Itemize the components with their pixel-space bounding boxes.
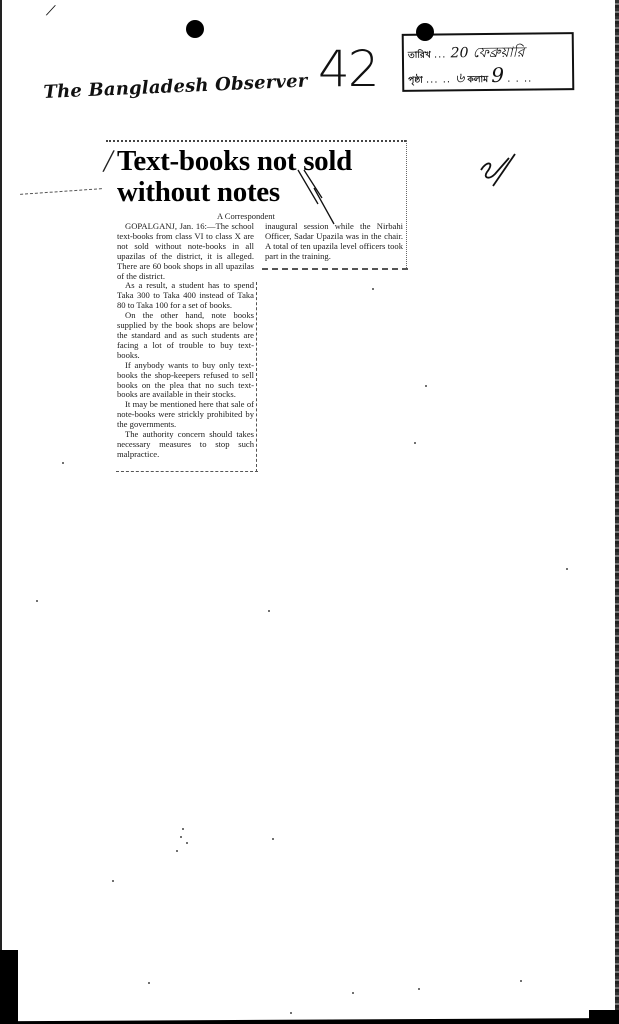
scan-bottom-edge <box>0 1018 619 1024</box>
punch-hole <box>416 23 434 41</box>
punch-hole <box>186 20 204 38</box>
newspaper-masthead: The Bangladesh Observer <box>43 70 308 103</box>
signature-check-icon <box>475 150 535 200</box>
speckle <box>425 385 427 387</box>
article-byline: A Correspondent <box>217 211 275 221</box>
scan-corner-shadow-right <box>589 1010 619 1024</box>
scan-right-edge <box>615 0 619 1024</box>
article-headline: Text-books not sold without notes <box>117 146 407 208</box>
article-paragraph: On the other hand, note books supplied b… <box>117 311 254 361</box>
clipping-border-lower <box>262 268 408 270</box>
stamp-page-row: পৃষ্ঠা ... .. ৬ কলাম 9 . . .. <box>408 63 532 91</box>
clipping-border-bottom <box>116 471 258 472</box>
article-column-2: inaugural session while the Nirbahi Offi… <box>265 222 403 262</box>
stamp-dots: ... .. <box>426 74 455 85</box>
speckle <box>520 980 522 982</box>
headline-line-2: without notes <box>117 177 407 208</box>
speckle <box>148 982 150 984</box>
clipping-cut-line <box>20 188 102 195</box>
speckle <box>36 600 38 602</box>
stamp-page-value: ৬ <box>455 70 464 86</box>
speckle <box>372 288 374 290</box>
article-paragraph: inaugural session while the Nirbahi Offi… <box>265 222 403 262</box>
speckle <box>176 850 178 852</box>
stamp-page-label: পৃষ্ঠা <box>408 76 423 86</box>
speckle <box>352 992 354 994</box>
scan-corner-shadow <box>0 950 18 1024</box>
speckle <box>418 988 420 990</box>
stamp-dots: ... <box>434 49 451 60</box>
speckle <box>186 842 188 844</box>
speckle <box>566 568 568 570</box>
clipping-border-top <box>106 140 406 143</box>
speckle <box>182 828 184 830</box>
pen-check-icon: / <box>101 143 116 177</box>
corner-tick-mark: / <box>45 0 55 21</box>
article-paragraph: It may be mentioned here that sale of no… <box>117 400 254 430</box>
stamp-dots: . . .. <box>507 74 532 85</box>
stamp-column-label: কলাম <box>467 75 488 85</box>
article-paragraph: The authority concern should takes neces… <box>117 430 254 460</box>
article-column-1: GOPALGANJ, Jan. 16:—The school text-book… <box>117 222 254 460</box>
article-paragraph: As a result, a student has to spend Taka… <box>117 281 254 311</box>
article-paragraph: If anybody wants to buy only text-books … <box>117 361 254 401</box>
stamp-date-value: 20 ফেব্রুয়ারি <box>451 45 525 62</box>
headline-line-1: Text-books not sold <box>117 146 407 177</box>
speckle <box>62 462 64 464</box>
scan-left-edge <box>0 0 2 1024</box>
speckle <box>414 442 416 444</box>
speckle <box>180 836 182 838</box>
archive-stamp: তারিখ ... 20 ফেব্রুয়ারি পৃষ্ঠা ... .. ৬… <box>402 32 575 92</box>
handwritten-page-number: 42 <box>318 40 378 98</box>
speckle <box>268 610 270 612</box>
speckle <box>272 838 274 840</box>
stamp-column-value: 9 <box>491 63 504 87</box>
speckle <box>290 1012 292 1014</box>
stamp-date-label: তারিখ <box>408 51 431 61</box>
clipping-border-column <box>256 282 257 472</box>
pen-annotation-icon <box>296 168 346 228</box>
article-paragraph: GOPALGANJ, Jan. 16:—The school text-book… <box>117 222 254 281</box>
speckle <box>112 880 114 882</box>
